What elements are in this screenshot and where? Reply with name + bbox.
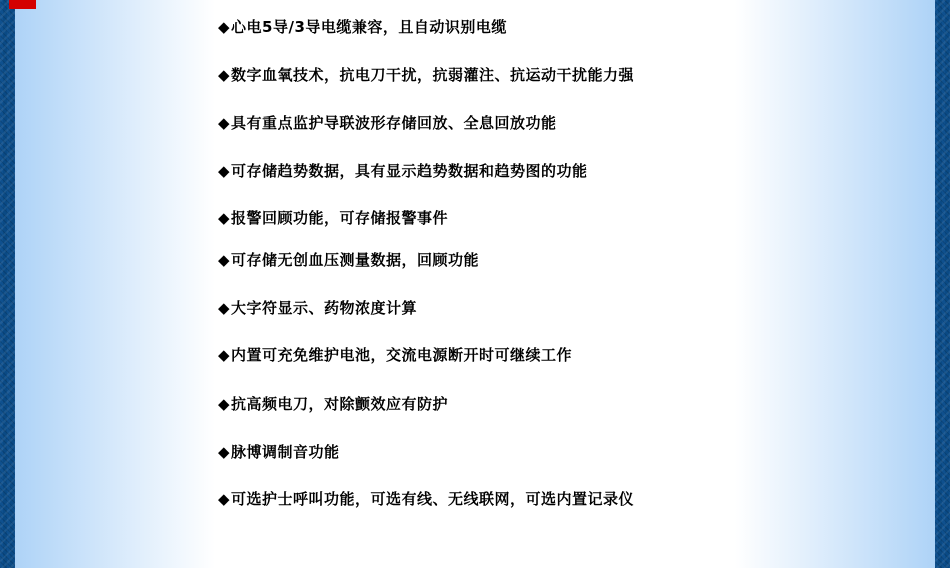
feature-text: 可存储无创血压测量数据，回顾功能: [231, 251, 479, 269]
feature-text: 心电5导/3导电缆兼容，且自动识别电缆: [231, 18, 507, 36]
feature-item: ◆内置可充免维护电池，交流电源断开时可继续工作: [218, 347, 572, 364]
feature-text: 可存储趋势数据，具有显示趋势数据和趋势图的功能: [231, 162, 588, 180]
feature-item: ◆抗高频电刀，对除颤效应有防护: [218, 396, 448, 413]
feature-item: ◆大字符显示、药物浓度计算: [218, 300, 417, 317]
right-gradient-border: [735, 0, 935, 568]
left-gradient-border: [15, 0, 215, 568]
feature-item: ◆心电5导/3导电缆兼容，且自动识别电缆: [218, 19, 507, 36]
diamond-bullet-icon: ◆: [218, 67, 230, 84]
diamond-bullet-icon: ◆: [218, 252, 230, 269]
feature-text: 抗高频电刀，对除颤效应有防护: [231, 395, 448, 413]
diamond-bullet-icon: ◆: [218, 491, 230, 508]
feature-text: 数字血氧技术，抗电刀干扰，抗弱灌注、抗运动干扰能力强: [231, 66, 634, 84]
feature-text: 大字符显示、药物浓度计算: [231, 299, 417, 317]
feature-item: ◆报警回顾功能，可存储报警事件: [218, 210, 448, 227]
feature-item: ◆可选护士呼叫功能，可选有线、无线联网，可选内置记录仪: [218, 491, 634, 508]
diamond-bullet-icon: ◆: [218, 115, 230, 132]
feature-text: 内置可充免维护电池，交流电源断开时可继续工作: [231, 346, 572, 364]
left-dark-border: [0, 0, 15, 568]
feature-text: 具有重点监护导联波形存储回放、全息回放功能: [231, 114, 557, 132]
diamond-bullet-icon: ◆: [218, 347, 230, 364]
feature-text: 脉博调制音功能: [231, 443, 340, 461]
right-dark-border: [935, 0, 950, 568]
diamond-bullet-icon: ◆: [218, 300, 230, 317]
feature-text: 报警回顾功能，可存储报警事件: [231, 209, 448, 227]
diamond-bullet-icon: ◆: [218, 19, 230, 36]
diamond-bullet-icon: ◆: [218, 163, 230, 180]
feature-item: ◆可存储无创血压测量数据，回顾功能: [218, 252, 479, 269]
diamond-bullet-icon: ◆: [218, 444, 230, 461]
feature-item: ◆脉博调制音功能: [218, 444, 340, 461]
diamond-bullet-icon: ◆: [218, 210, 230, 227]
page: ◆心电5导/3导电缆兼容，且自动识别电缆 ◆数字血氧技术，抗电刀干扰，抗弱灌注、…: [0, 0, 950, 568]
red-marker: [9, 0, 36, 9]
feature-item: ◆可存储趋势数据，具有显示趋势数据和趋势图的功能: [218, 163, 588, 180]
feature-item: ◆具有重点监护导联波形存储回放、全息回放功能: [218, 115, 557, 132]
feature-item: ◆数字血氧技术，抗电刀干扰，抗弱灌注、抗运动干扰能力强: [218, 67, 634, 84]
diamond-bullet-icon: ◆: [218, 396, 230, 413]
feature-text: 可选护士呼叫功能，可选有线、无线联网，可选内置记录仪: [231, 490, 634, 508]
